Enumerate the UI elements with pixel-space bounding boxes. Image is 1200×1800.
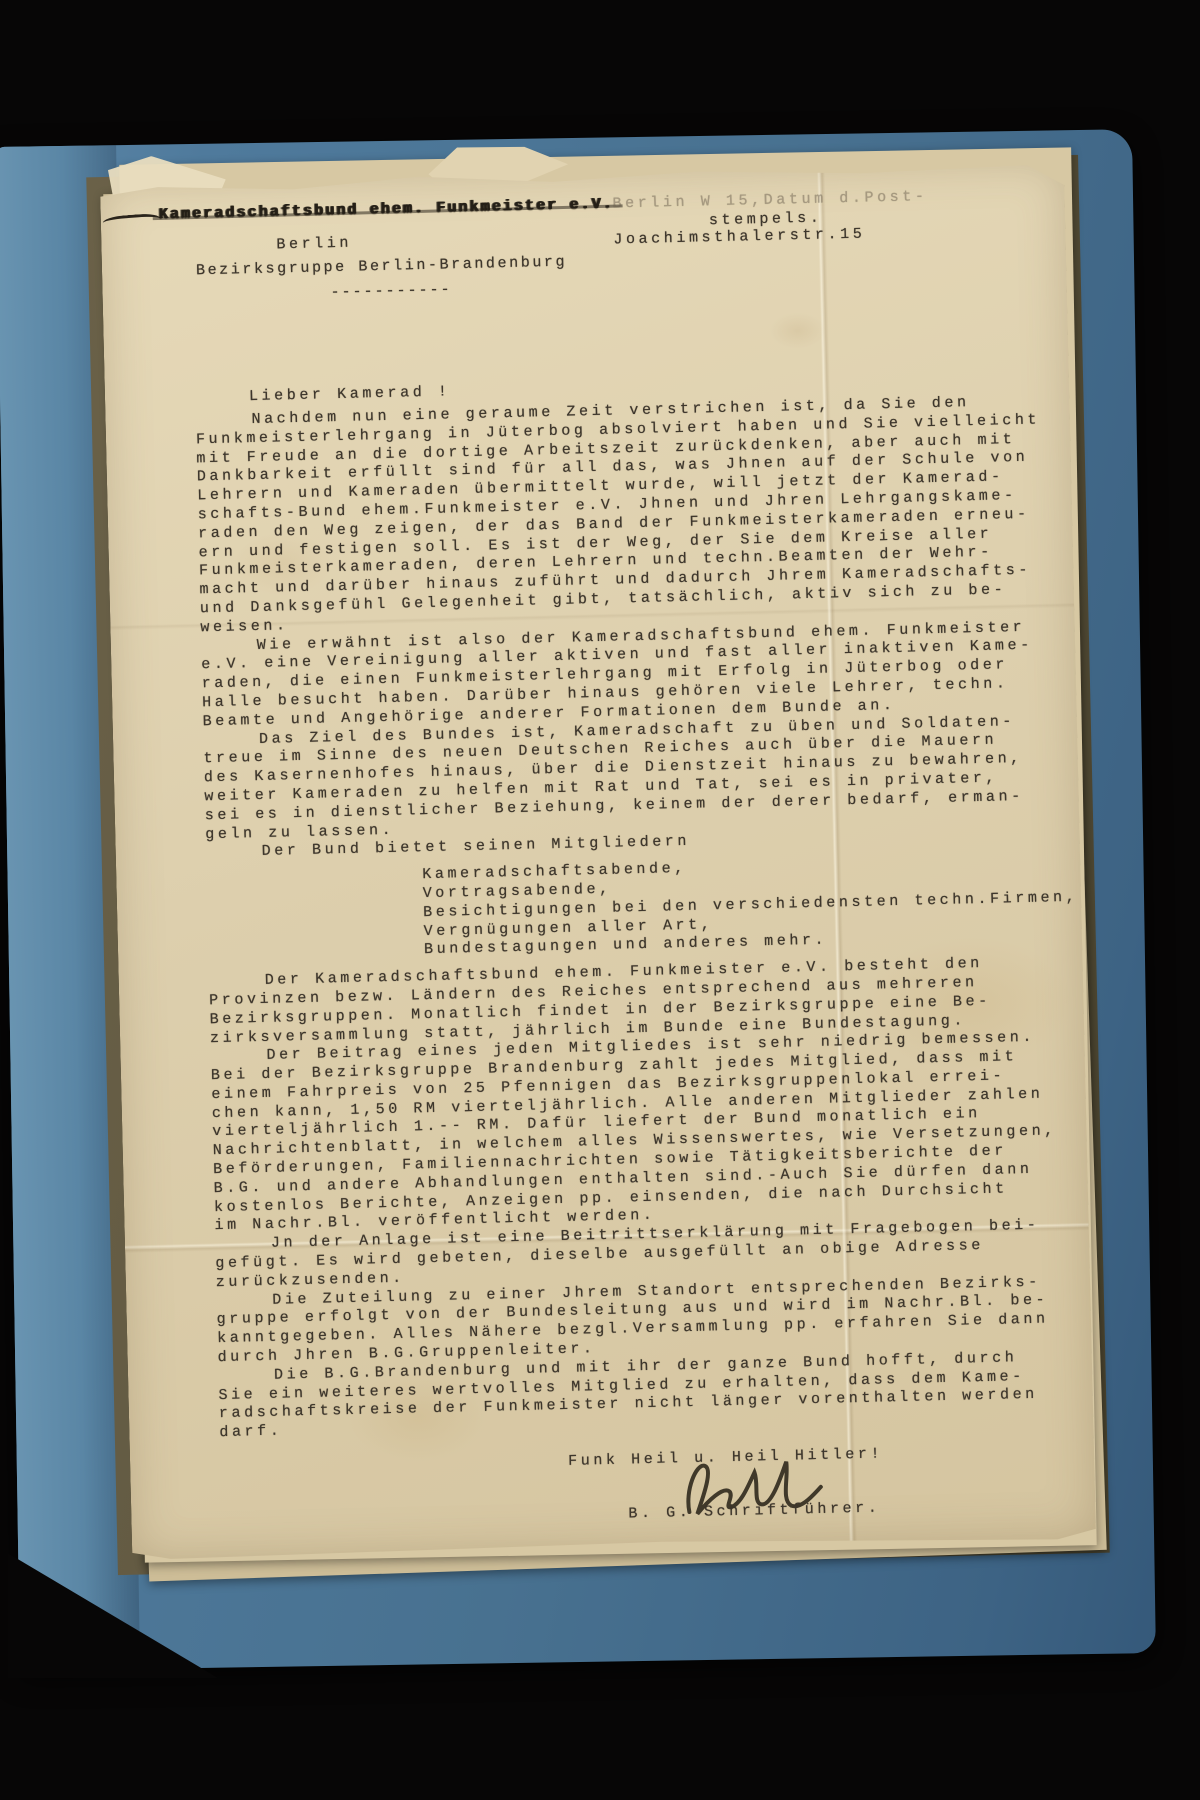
- header-divider: -----------: [330, 281, 451, 301]
- letter-paragraph: Nachdem nun eine geraume Zeit verstriche…: [195, 392, 1062, 638]
- org-name: Kameradschaftsbund ehem. Funkmeister e.V…: [158, 195, 613, 223]
- pen-mark: [102, 213, 161, 232]
- signer-title: B. G. Schriftführer.: [628, 1500, 880, 1523]
- org-group: Bezirksgruppe Berlin-Brandenburg: [196, 254, 568, 280]
- letter-list: Kameradschaftsabende,Vortragsabende,Besi…: [422, 851, 1070, 960]
- letter-paragraph: Das Ziel des Bundes ist, Kameradschaft z…: [203, 712, 1067, 845]
- org-city: Berlin: [276, 235, 352, 254]
- address-line-1: Berlin W 15,Datum d.Post-: [612, 188, 927, 212]
- address-line-3: Joachimsthalerstr.15: [613, 226, 865, 249]
- salutation: Lieber Kamerad !: [249, 383, 451, 405]
- letter-body: Nachdem nun eine geraume Zeit verstriche…: [195, 392, 1081, 1443]
- typewritten-letter-page: Kameradschaftsbund ehem. Funkmeister e.V…: [100, 159, 1096, 1561]
- letter-paragraph: Der Beitrag eines jeden Mitgliedes ist s…: [210, 1028, 1076, 1236]
